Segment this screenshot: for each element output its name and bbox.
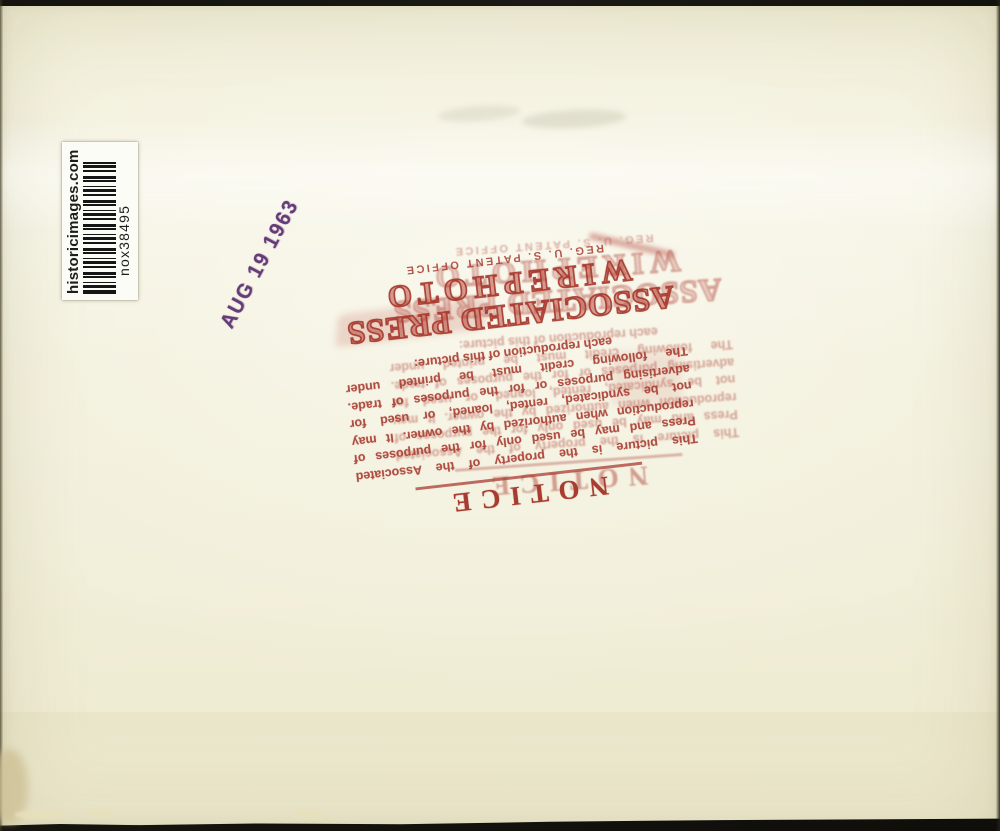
sticker-site-text: historicimages.com <box>65 150 82 294</box>
barcode-sticker: historicimages.com nox38495 <box>62 142 138 300</box>
ink-smear <box>612 352 682 406</box>
sticker-id-text: nox38495 <box>117 205 132 276</box>
paper-chip-mark <box>88 810 114 817</box>
photo-edge-top <box>0 0 1000 6</box>
paper-chip-mark <box>292 811 326 818</box>
paper-chip-mark <box>14 810 66 819</box>
scanned-photo-back: NOTICE This picture is the property of t… <box>0 0 1000 831</box>
barcode-icon <box>83 162 116 294</box>
paper-dark-band <box>0 712 1000 802</box>
photo-edge-left <box>0 0 3 831</box>
photo-edge-right <box>996 0 1000 831</box>
paper-light-band <box>0 118 1000 236</box>
